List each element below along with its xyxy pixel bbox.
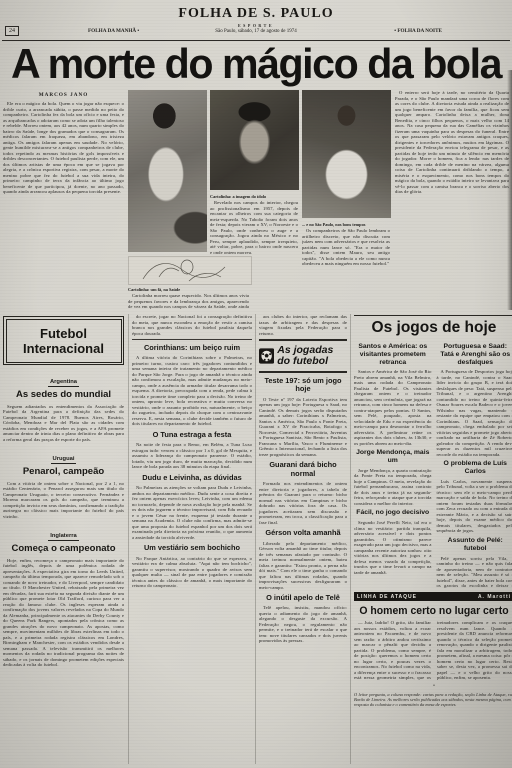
headline-teste-197: Teste 197: só um jogo hoje (261, 377, 345, 394)
body-dudu-leivinha: No Palmeiras as atenções se voltam para … (132, 485, 252, 540)
newspaper-page: 24 FOLHA DE S. PAULO ESPORTE São Paulo, … (0, 0, 512, 768)
jogos-columns: Santos e América: os visitantes prometem… (354, 340, 512, 588)
body-portuguesa-saad: A Portuguesa de Desportos joga hoje à ta… (437, 369, 512, 457)
continuation-b: do escrete, jogar no Nacional foi a cons… (132, 314, 252, 336)
jogos-right-column: Portuguesa e Saad: Tatá e Arenghi são os… (437, 340, 512, 588)
linha-footnote: O leitor pergunta, a coluna responde: ca… (354, 692, 512, 708)
main-headline: A morte do mágico da bola (5, 40, 507, 88)
jogos-de-hoje-section: Os jogos de hoje Santos e América: os vi… (350, 314, 512, 764)
body-assunto-pele: Pelé apenas sorriu pela Vila, a caminho … (437, 556, 512, 588)
edition-left: FOLHA DA MANHÃ • (88, 28, 139, 34)
photo-cartolinha-portrait (210, 90, 299, 190)
body-santos-america: Santos e América de São José do Rio Pret… (354, 369, 432, 446)
byline: MARCOS JANO (3, 92, 124, 98)
photo-cartolinha-sao-paulo (302, 90, 391, 218)
body-apelo-tele: Telê apelou, insistiu, mandou ofício: qu… (259, 605, 347, 644)
photo-cartolinha-field (128, 90, 207, 252)
headline-assunto-pele: Assunto de Pelé: futebol (438, 537, 512, 553)
headline-campeonato-ingles: Começa o campeonato (3, 544, 124, 555)
lead-text-1: Ele era o mágico da bola. Quem o viu jog… (3, 101, 124, 195)
futebol-internacional-box: Futebol Internacional (3, 316, 124, 365)
headline-guarani: Guarani dará bicho normal (261, 461, 345, 478)
headline-tuna: O Tuna estraga a festa (134, 431, 250, 439)
futebol-internacional-column: Futebol Internacional Argentina As sedes… (3, 314, 124, 764)
body-luis-carlos: Luís Carlos, novamente suspenso pelo Tri… (437, 479, 512, 534)
body-gerson: Liberado pelo departamento médico, Gérso… (259, 541, 347, 591)
headline-vestiario: Um vestiário sem bochicho (134, 544, 250, 552)
kicker-inglaterra: Inglaterra (3, 524, 124, 542)
continuation-c: aos clubes do interior, que reclamam das… (259, 314, 347, 336)
lead-text-4: Os companheiros de São Paulo lembram o a… (302, 228, 390, 310)
futebol-internacional-title: Futebol Internacional (6, 319, 122, 363)
jogadas-logo-block: As jogadas do futebol (259, 339, 347, 373)
photo-sao-paulo-caption: ... e no São Paulo, nos bons tempos (302, 222, 391, 227)
linha-bar-author: A. Marotti (478, 594, 511, 600)
linha-headline: O homem certo no lugar certo (358, 605, 510, 617)
headline-jorge-mendonca: Jorge Mendonça, mais um (355, 449, 431, 465)
headline-apelo-tele: O inútil apelo de Telê (261, 594, 345, 602)
body-teste-197: O Teste nº 197 da Loteria Esportiva tem … (259, 397, 347, 458)
divider (132, 339, 252, 340)
jogadas-column: aos clubes do interior, que reclamam das… (255, 314, 347, 764)
body-tuna: Na noite de festa para o Remo, em Belém,… (132, 442, 252, 470)
column-b: do escrete, jogar no Nacional foi a cons… (128, 314, 252, 764)
lead-text-3: Revelado nos campos do interior, chegou … (210, 200, 298, 310)
jogadas-title: As jogadas do futebol (277, 345, 347, 367)
kicker-argentina: Argentina (3, 370, 124, 388)
newspaper-title: FOLHA DE S. PAULO (0, 6, 512, 22)
body-facil-decisivo: Segundo José Perelli Neto, tal era o cli… (354, 520, 432, 575)
headline-dudu-leivinha: Dudu e Leivinha, as dúvidas (134, 474, 250, 482)
linha-de-ataque: LINHA DE ATAQUE A. Marotti O homem certo… (354, 592, 512, 707)
headline-gerson: Gérson volta amanhã (261, 529, 345, 537)
body-corinthians: A última vitória do Corinthians sobre o … (132, 355, 252, 427)
edition-right: • FOLHA DA NOITE (394, 28, 442, 34)
footnote-separator: • (354, 684, 512, 689)
lead-story: MARCOS JANO Ele era o mágico da bola. Qu… (0, 88, 512, 312)
jogos-left-column: Santos e América: os visitantes prometem… (354, 340, 432, 588)
body-jorge-mendonca: Jorge Mendonça, a quarta contratação da … (354, 468, 432, 507)
lead-column-1: MARCOS JANO Ele era o mágico da bola. Qu… (3, 92, 124, 308)
kicker-uruguai: Uruguai (3, 447, 124, 465)
headline-santos-america: Santos e América: os visitantes prometem… (355, 343, 431, 366)
headline-portuguesa-saad: Portuguesa e Saad: Tatá e Arenghi são os… (438, 343, 512, 366)
bottom-sections: Futebol Internacional Argentina As sedes… (0, 314, 512, 766)
lead-text-5: O enterro será hoje à tarde, no cemitéri… (395, 90, 509, 195)
headline-corinthians: Corinthians: um beiço ruim (134, 344, 250, 352)
body-guarani: Formada nos entendimentos de ontem entre… (259, 481, 347, 525)
linha-de-ataque-bar: LINHA DE ATAQUE A. Marotti (354, 592, 512, 601)
linha-body: — Juiz, ladrão! O grito, tão familiar ao… (354, 620, 512, 681)
linha-bar-label: LINHA DE ATAQUE (357, 594, 417, 600)
photo-portrait-caption: Cartolinha: a imagem do ídolo (210, 194, 299, 199)
headline-facil-decisivo: Fácil, no jogo decisivo (355, 509, 431, 517)
jogos-de-hoje-headline: Os jogos de hoje (354, 315, 512, 337)
headline-penarol: Penarol, campeão (3, 467, 124, 478)
lead-column-5: O enterro será hoje à tarde, no cemitéri… (395, 90, 509, 310)
headline-sedes-mundial: As sedes do mundial (3, 390, 124, 401)
body-sedes-mundial: Seguem adiantados os entendimentos da As… (3, 404, 124, 443)
body-vestiario: No Parque Antártica, ao contrário do que… (132, 556, 252, 589)
body-campeonato-ingles: Hoje, enfim, recomeça o campeonato mais … (3, 558, 124, 668)
body-penarol: Com a vitória de ontem sobre o Nacional,… (3, 481, 124, 520)
soccer-ball-icon (259, 344, 274, 368)
headline-luis-carlos: O problema de Luís Carlos (438, 460, 512, 476)
